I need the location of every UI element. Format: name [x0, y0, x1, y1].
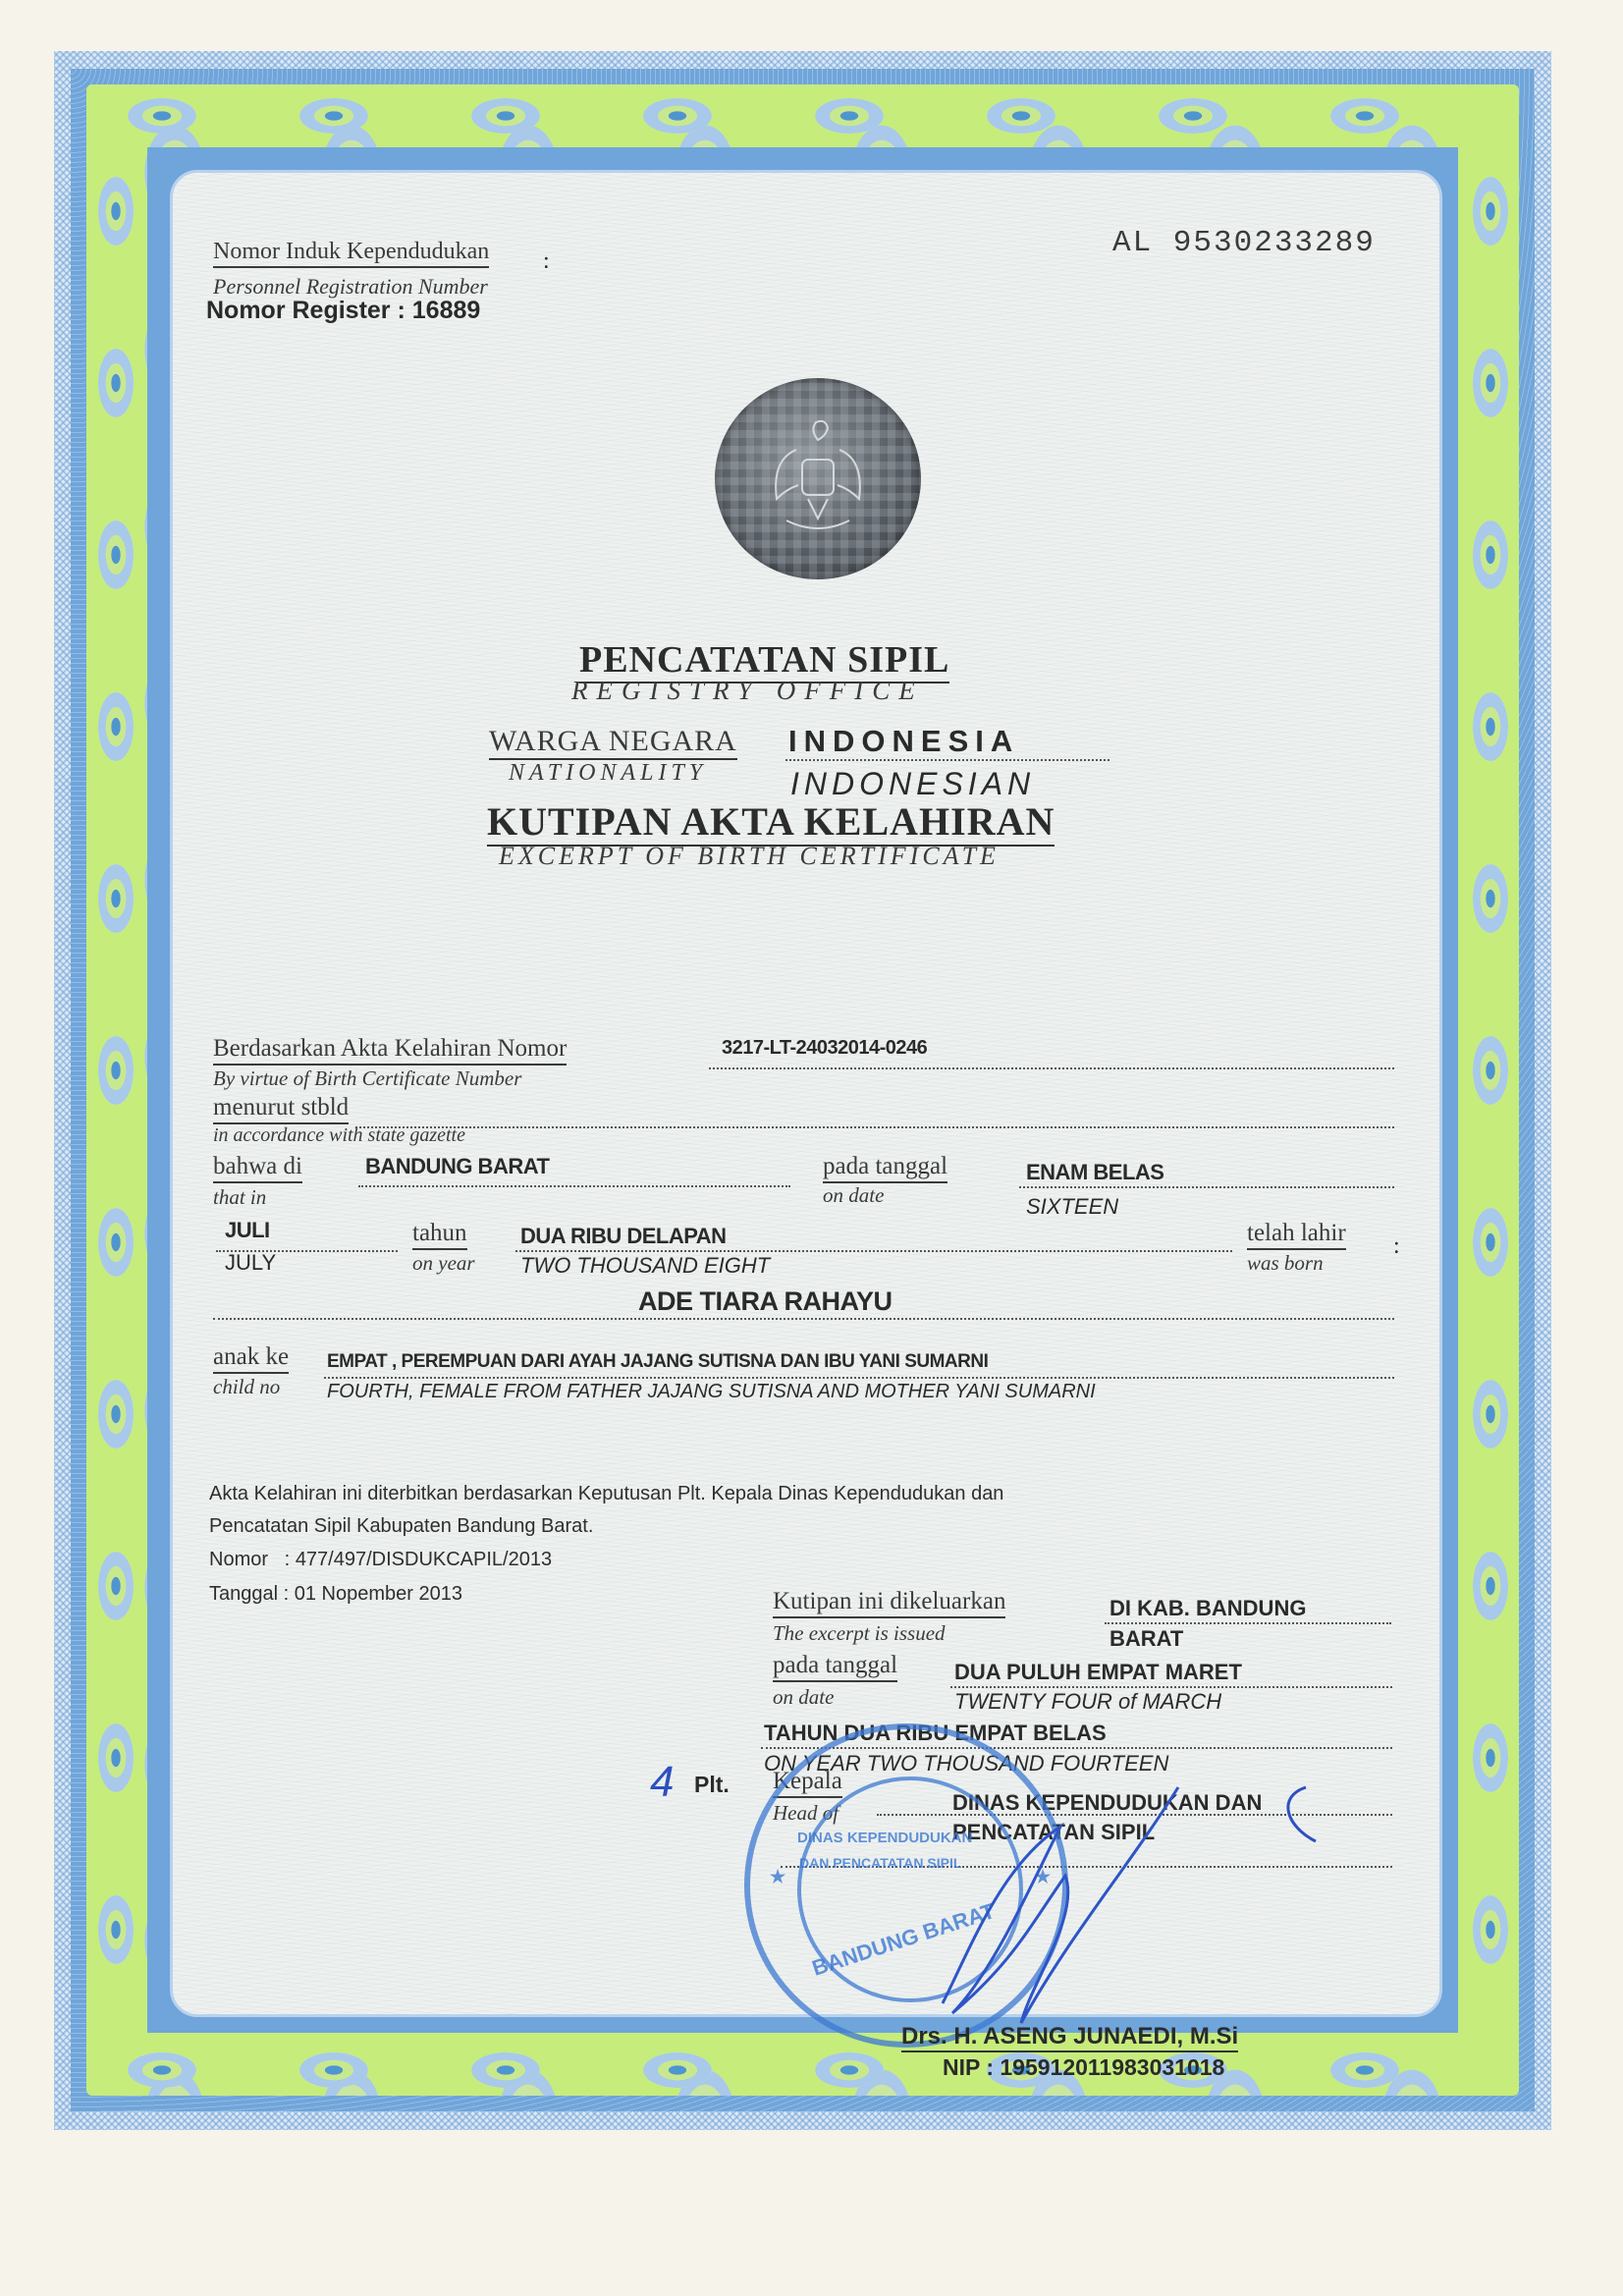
nationality-label-en: NATIONALITY	[509, 760, 707, 787]
decree-line-1: Akta Kelahiran ini diterbitkan berdasark…	[209, 1483, 1003, 1505]
stamp-star-left: ★	[770, 1867, 785, 1887]
cert-number-dotted-line	[709, 1067, 1394, 1069]
nationality-value: INDONESIA	[788, 724, 1019, 759]
border-ornament	[1159, 98, 1227, 134]
year-dotted-line	[515, 1250, 1232, 1252]
stbld-dotted-line	[355, 1126, 1394, 1128]
border-ornament	[128, 2052, 196, 2088]
border-ornament	[1473, 1723, 1508, 1792]
decree-number-value: 477/497/DISDUKCAPIL/2013	[296, 1549, 552, 1570]
border-ornament	[815, 98, 884, 134]
border-ornament	[1330, 2052, 1399, 2088]
child-dotted-line	[324, 1377, 1394, 1379]
border-ornament	[815, 2052, 884, 2088]
issued-date-value-en: TWENTY FOUR of MARCH	[954, 1689, 1221, 1715]
border-ornament	[987, 98, 1055, 134]
date-value-en: SIXTEEN	[1026, 1194, 1118, 1220]
issued-date-label: pada tanggal	[773, 1652, 897, 1682]
border-ornament	[1330, 98, 1399, 134]
date-dotted-line	[1019, 1186, 1394, 1188]
place-value: BANDUNG BARAT	[365, 1154, 549, 1179]
register-number: Nomor Register : 16889	[206, 297, 480, 325]
nationality-label: WARGA NEGARA	[489, 725, 737, 760]
issued-date-value: DUA PULUH EMPAT MARET	[954, 1660, 1242, 1685]
cert-number-label-en: By virtue of Birth Certificate Number	[213, 1066, 521, 1091]
cert-number-value: 3217-LT-24032014-0246	[722, 1037, 927, 1060]
border-ornament	[1473, 1208, 1508, 1277]
border-ornament	[1473, 692, 1508, 761]
date-value: ENAM BELAS	[1026, 1160, 1163, 1185]
place-label-en: that in	[213, 1185, 266, 1210]
handwritten-mark: 4	[650, 1758, 674, 1807]
born-label: telah lahir	[1247, 1220, 1346, 1250]
month-value: JULI	[225, 1218, 270, 1243]
document-title-en: EXCERPT OF BIRTH CERTIFICATE	[499, 842, 1000, 871]
issued-value-1: DI KAB. BANDUNG	[1109, 1596, 1306, 1621]
child-label: anak ke	[213, 1343, 289, 1374]
border-ornament	[1473, 177, 1508, 246]
border-ornament	[1473, 1380, 1508, 1449]
date-label-en: on date	[823, 1183, 884, 1208]
plt-label: Plt.	[694, 1772, 730, 1798]
border-ornament	[98, 1380, 134, 1449]
border-ornament	[98, 692, 134, 761]
garuda-hologram-seal	[715, 378, 921, 579]
serial-number: AL 9530233289	[1112, 226, 1376, 260]
document-title: KUTIPAN AKTA KELAHIRAN	[487, 798, 1055, 847]
decree-date-value: 01 Nopember 2013	[295, 1583, 462, 1605]
place-dotted-line	[358, 1185, 790, 1187]
border-ornament	[1473, 349, 1508, 417]
year-value: DUA RIBU DELAPAN	[520, 1224, 727, 1249]
issued-value-2: BARAT	[1109, 1626, 1183, 1652]
child-value-en: FOURTH, FEMALE FROM FATHER JAJANG SUTISN…	[327, 1381, 1096, 1403]
signature	[884, 1748, 1394, 2033]
child-label-en: child no	[213, 1375, 280, 1399]
issued-date-label-en: on date	[773, 1685, 834, 1710]
border-ornament	[98, 1208, 134, 1277]
year-label: tahun	[412, 1220, 467, 1250]
child-value: EMPAT , PEREMPUAN DARI AYAH JAJANG SUTIS…	[327, 1351, 988, 1373]
issued-dotted-line	[1105, 1622, 1391, 1624]
year-value-en: TWO THOUSAND EIGHT	[520, 1253, 770, 1279]
register-value: 16889	[412, 297, 481, 324]
official-name: Drs. H. ASENG JUNAEDI, M.Si	[901, 2023, 1238, 2052]
border-ornament	[98, 1552, 134, 1620]
year-label-en: on year	[412, 1251, 475, 1276]
garuda-eagle-icon	[759, 410, 877, 548]
issued-label-en: The excerpt is issued	[773, 1621, 946, 1646]
border-ornament	[98, 1723, 134, 1792]
border-ornament	[98, 1895, 134, 1964]
border-ornament	[98, 864, 134, 933]
border-ornament	[299, 2052, 368, 2088]
border-ornament	[98, 1036, 134, 1105]
issued-date-dotted-line	[950, 1686, 1392, 1688]
cert-number-label: Berdasarkan Akta Kelahiran Nomor	[213, 1035, 567, 1066]
border-ornament	[643, 2052, 712, 2088]
born-label-en: was born	[1247, 1251, 1324, 1276]
border-ornament	[471, 98, 540, 134]
office-title-en: REGISTRY OFFICE	[571, 676, 924, 706]
issued-label: Kutipan ini dikeluarkan	[773, 1588, 1005, 1618]
border-ornament	[98, 349, 134, 417]
register-label: Nomor Register :	[206, 297, 406, 324]
nik-colon: :	[543, 248, 550, 275]
border-ornament	[98, 177, 134, 246]
nationality-value-en: INDONESIAN	[790, 766, 1035, 802]
border-ornament	[1473, 1895, 1508, 1964]
stbld-label: menurut stbld	[213, 1094, 349, 1124]
border-ornament	[471, 2052, 540, 2088]
border-ornament	[1473, 1036, 1508, 1105]
official-nip: NIP : 195912011983031018	[943, 2054, 1224, 2081]
border-ornament	[98, 520, 134, 589]
name-dotted-line	[213, 1318, 1394, 1320]
decree-date-label: Tanggal :	[209, 1583, 289, 1605]
decree-number-label: Nomor :	[209, 1549, 290, 1570]
border-ornament	[1473, 1552, 1508, 1620]
place-label: bahwa di	[213, 1153, 302, 1183]
border-ornament	[128, 98, 196, 134]
border-ornament	[643, 98, 712, 134]
nik-label: Nomor Induk Kependudukan	[213, 239, 489, 268]
border-ornament	[1473, 520, 1508, 589]
month-value-en: JULY	[225, 1250, 276, 1276]
decree-date: Tanggal : 01 Nopember 2013	[209, 1583, 462, 1606]
child-name: ADE TIARA RAHAYU	[638, 1286, 893, 1317]
decree-number: Nomor : 477/497/DISDUKCAPIL/2013	[209, 1549, 552, 1571]
border-ornament	[1473, 864, 1508, 933]
decree-line-2: Pencatatan Sipil Kabupaten Bandung Barat…	[209, 1515, 593, 1538]
nationality-dotted-line	[785, 759, 1109, 761]
border-ornament	[299, 98, 368, 134]
date-label: pada tanggal	[823, 1153, 947, 1183]
born-colon: :	[1393, 1233, 1400, 1260]
